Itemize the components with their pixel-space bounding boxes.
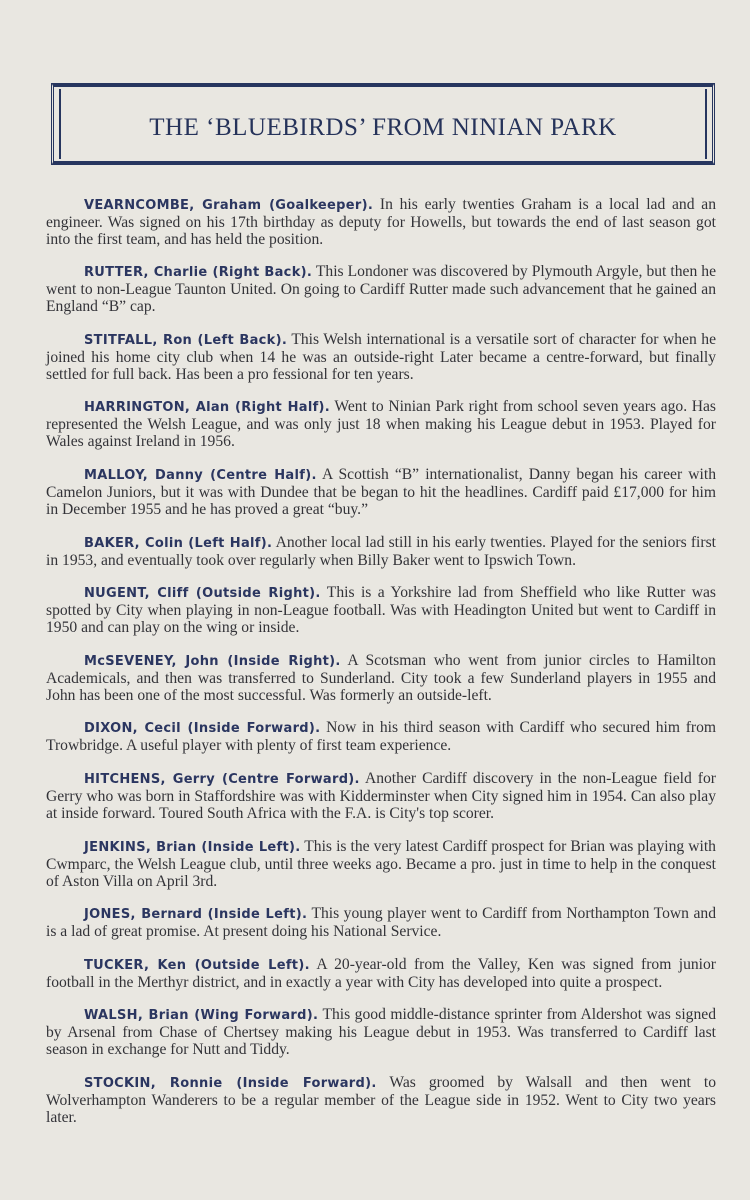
player-name: TUCKER, Ken (Outside Left).	[46, 958, 310, 973]
player-name: JONES, Bernard (Inside Left).	[46, 907, 307, 922]
player-name: STOCKIN, Ronnie (Inside Forward).	[46, 1076, 377, 1091]
player-entry: RUTTER, Charlie (Right Back). This Londo…	[46, 263, 716, 315]
player-name: HARRINGTON, Alan (Right Half).	[46, 400, 330, 415]
player-entry: STITFALL, Ron (Left Back). This Welsh in…	[46, 331, 716, 383]
player-name: HITCHENS, Gerry (Centre Forward).	[46, 772, 360, 787]
player-name: RUTTER, Charlie (Right Back).	[46, 265, 312, 280]
player-name: JENKINS, Brian (Inside Left).	[46, 840, 300, 855]
player-entry: STOCKIN, Ronnie (Inside Forward). Was gr…	[46, 1074, 716, 1126]
player-entry: McSEVENEY, John (Inside Right). A Scotsm…	[46, 652, 716, 704]
player-name: DIXON, Cecil (Inside Forward).	[46, 721, 320, 736]
player-name: WALSH, Brian (Wing Forward).	[46, 1008, 318, 1023]
player-entry: TUCKER, Ken (Outside Left). A 20-year-ol…	[46, 956, 716, 991]
player-entry: BAKER, Colin (Left Half). Another local …	[46, 534, 716, 569]
player-entry: JONES, Bernard (Inside Left). This young…	[46, 905, 716, 940]
page-title: THE ‘BLUEBIRDS’ FROM NINIAN PARK	[54, 114, 712, 142]
player-entry: DIXON, Cecil (Inside Forward). Now in hi…	[46, 719, 716, 754]
player-entry: HARRINGTON, Alan (Right Half). Went to N…	[46, 398, 716, 450]
programme-page: THE ‘BLUEBIRDS’ FROM NINIAN PARK VEARNCO…	[0, 0, 750, 1200]
player-entry: JENKINS, Brian (Inside Left). This is th…	[46, 838, 716, 890]
player-entry: WALSH, Brian (Wing Forward). This good m…	[46, 1006, 716, 1058]
player-entry: NUGENT, Cliff (Outside Right). This is a…	[46, 584, 716, 636]
player-list: VEARNCOMBE, Graham (Goalkeeper). In his …	[46, 180, 716, 1141]
player-entry: VEARNCOMBE, Graham (Goalkeeper). In his …	[46, 196, 716, 248]
player-name: BAKER, Colin (Left Half).	[46, 536, 272, 551]
player-entry: MALLOY, Danny (Centre Half). A Scottish …	[46, 466, 716, 518]
player-name: MALLOY, Danny (Centre Half).	[46, 468, 317, 483]
player-name: STITFALL, Ron (Left Back).	[46, 333, 287, 348]
player-name: VEARNCOMBE, Graham (Goalkeeper).	[46, 198, 373, 213]
title-frame: THE ‘BLUEBIRDS’ FROM NINIAN PARK	[51, 83, 715, 165]
player-entry: HITCHENS, Gerry (Centre Forward). Anothe…	[46, 770, 716, 822]
player-name: McSEVENEY, John (Inside Right).	[46, 654, 341, 669]
player-name: NUGENT, Cliff (Outside Right).	[46, 586, 321, 601]
